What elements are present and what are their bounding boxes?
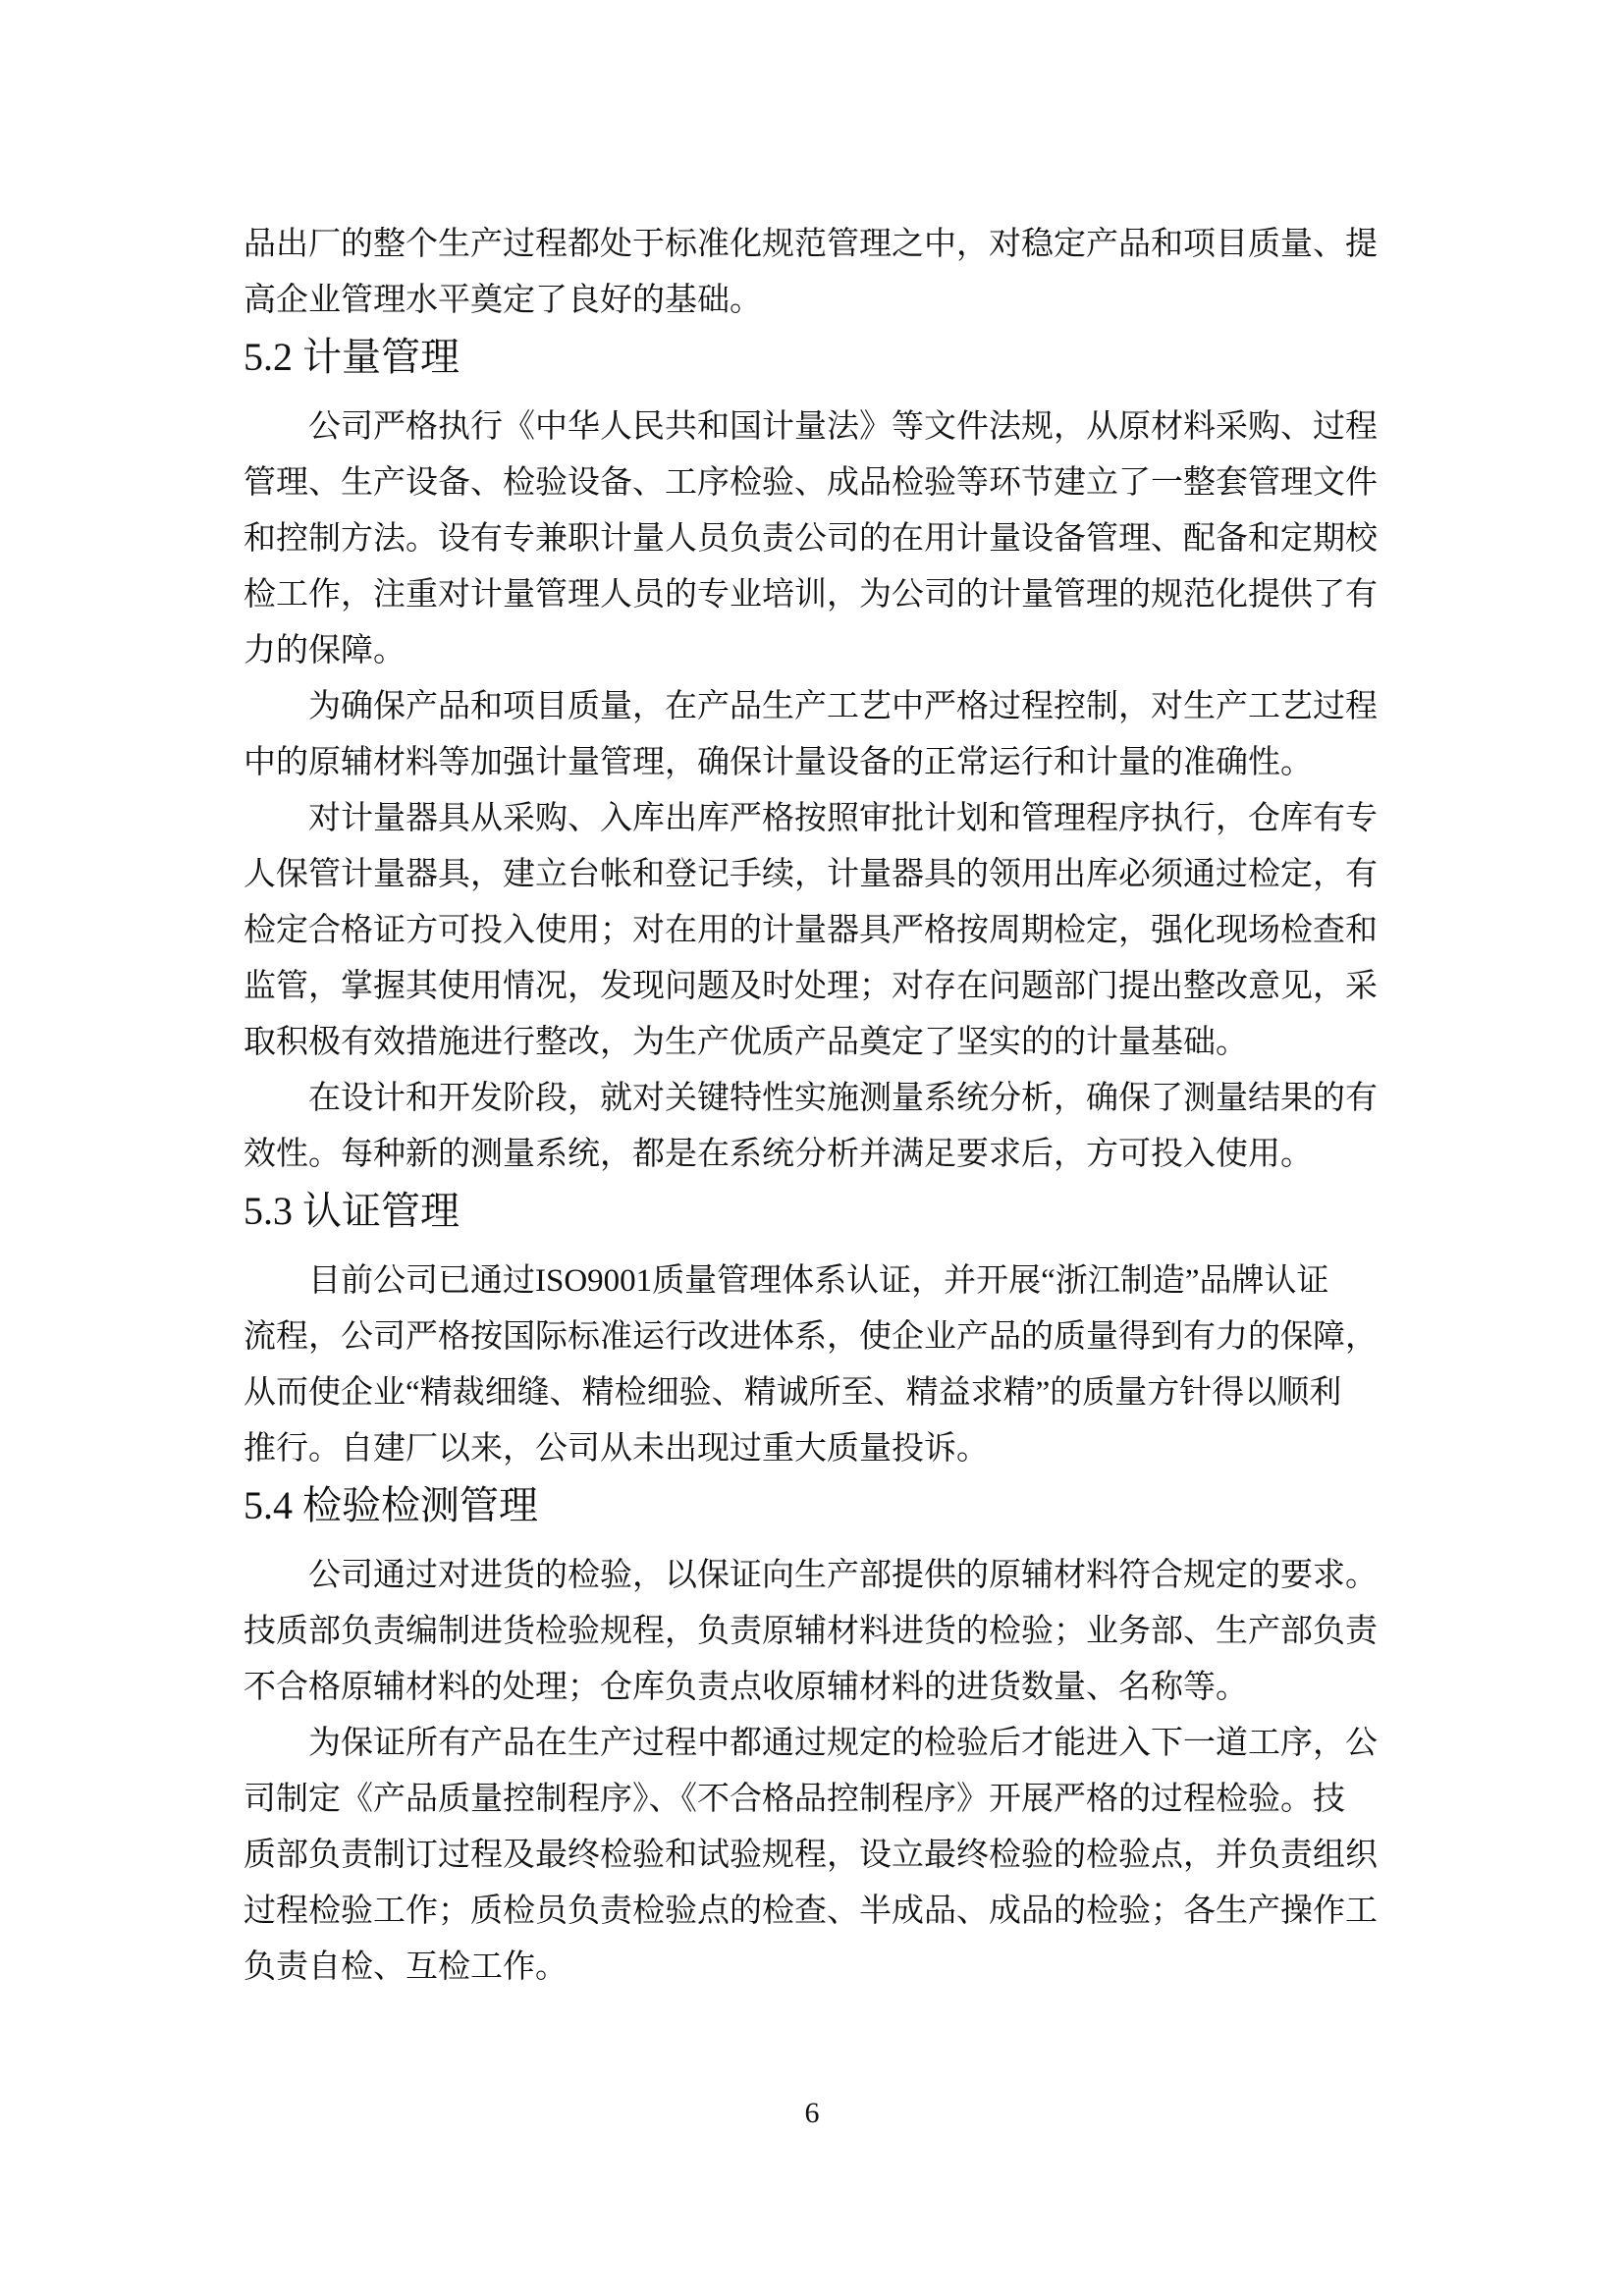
section-heading-5-3: 5.3 认证管理 (244, 1183, 1382, 1239)
section-heading-5-4: 5.4 检验检测管理 (244, 1477, 1382, 1533)
paragraph: 对计量器具从采购、入库出库严格按照审批计划和管理程序执行，仓库有专 人保管计量器… (244, 791, 1382, 1071)
section-heading-5-2: 5.2 计量管理 (244, 329, 1382, 385)
paragraph: 目前公司已通过ISO9001质量管理体系认证，并开展“浙江制造”品牌认证 流程，… (244, 1254, 1382, 1477)
paragraph: 在设计和开发阶段，就对关键特性实施测量系统分析，确保了测量结果的有 效性。每种新… (244, 1071, 1382, 1183)
paragraph: 公司严格执行《中华人民共和国计量法》等文件法规，从原材料采购、过程 管理、生产设… (244, 400, 1382, 679)
paragraph: 公司通过对进货的检验，以保证向生产部提供的原辅材料符合规定的要求。 技质部负责编… (244, 1548, 1382, 1716)
paragraph: 为保证所有产品在生产过程中都通过规定的检验后才能进入下一道工序，公 司制定《产品… (244, 1716, 1382, 1996)
continuation-paragraph: 品出厂的整个生产过程都处于标准化规范管理之中，对稳定产品和项目质量、提 高企业管… (244, 217, 1382, 329)
document-content: 品出厂的整个生产过程都处于标准化规范管理之中，对稳定产品和项目质量、提 高企业管… (244, 217, 1382, 1996)
paragraph: 为确保产品和项目质量，在产品生产工艺中严格过程控制，对生产工艺过程 中的原辅材料… (244, 679, 1382, 791)
page-number: 6 (0, 2096, 1624, 2131)
document-page: 品出厂的整个生产过程都处于标准化规范管理之中，对稳定产品和项目质量、提 高企业管… (0, 0, 1624, 2296)
